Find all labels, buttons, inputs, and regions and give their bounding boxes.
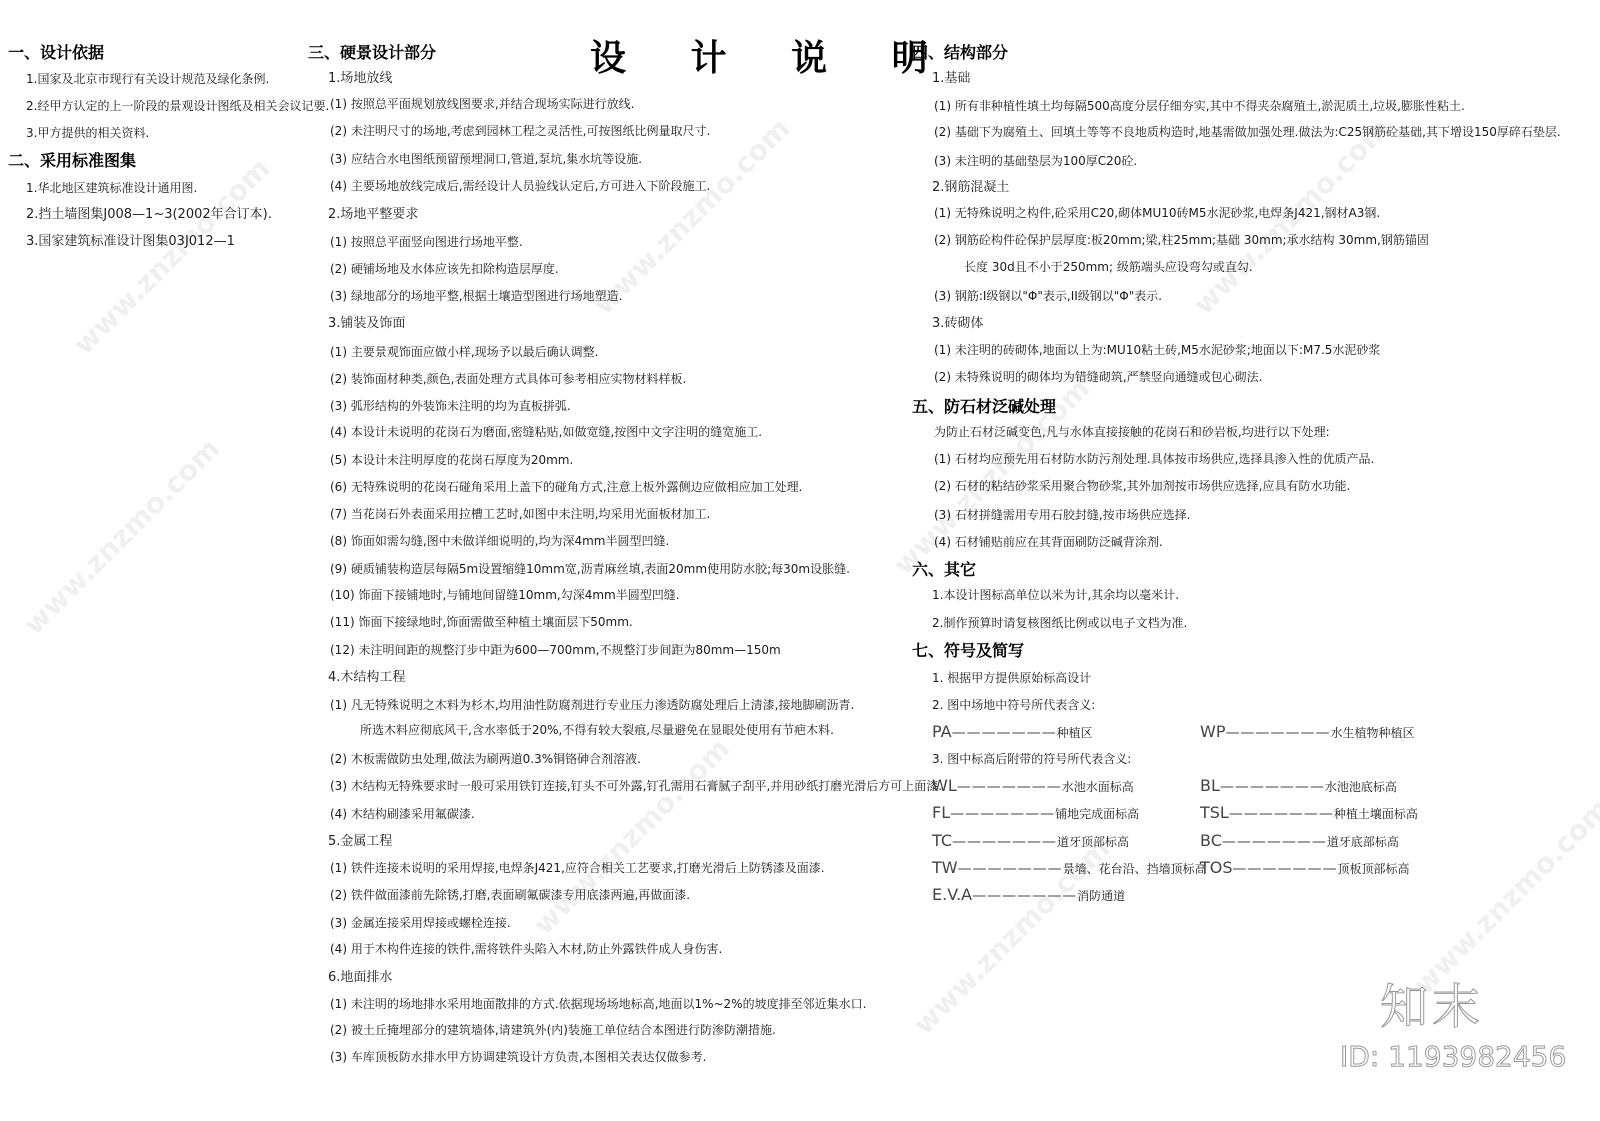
list-item: (11) 饰面下接绿地时,饰面需做至种植土壤面层下50mm. xyxy=(330,614,633,630)
list-item: (3) 车库顶板防水排水甲方协调建筑设计方负责,本图相关表达仅做参考. xyxy=(330,1049,706,1065)
list-item: (3) 未注明的基础垫层为100厚C20砼. xyxy=(934,153,1137,169)
symbol-code: TW xyxy=(932,858,958,877)
section-heading: 四、结构部分 xyxy=(912,43,1008,63)
intro-text: 为防止石材泛碱变色,凡与水体直接接触的花岗石和砂岩板,均进行以下处理: xyxy=(934,424,1330,440)
symbol-code: WP xyxy=(1200,722,1225,741)
list-item: (3) 木结构无特殊要求时一般可采用铁钉连接,钉头不可外露,钉孔需用石膏腻子刮平… xyxy=(330,778,942,794)
list-item: (1) 铁件连接未说明的采用焊接,电焊条J421,应符合相关工艺要求,打磨光滑后… xyxy=(330,860,825,876)
symbol-row: TC———————道牙顶部标高 xyxy=(932,831,1129,850)
list-item: (2) 石材的粘结砂浆采用聚合物砂浆,其外加剂按市场供应选择,应具有防水功能. xyxy=(934,478,1350,494)
symbol-row: PA———————种植区 xyxy=(932,722,1093,741)
symbol-code: BL xyxy=(1200,776,1220,795)
dash-leader: ——————— xyxy=(1229,806,1334,822)
symbol-meaning: 消防通道 xyxy=(1077,889,1125,903)
list-item: (2) 基础下为腐殖土、回填土等等不良地质构造时,地基需做加强处理.做法为:C2… xyxy=(934,124,1561,140)
symbol-code: BC xyxy=(1200,831,1222,850)
list-item: (1) 未注明的砖砌体,地面以上为:MU10粘土砖,M5水泥砂浆;地面以下:M7… xyxy=(934,342,1380,358)
list-item: (4) 用于木构件连接的铁件,需将铁件头陷入木材,防止外露铁件成人身伤害. xyxy=(330,941,722,957)
subsection-title: 3.铺装及饰面 xyxy=(328,315,405,333)
symbol-meaning: 种植区 xyxy=(1057,726,1093,740)
list-item: 1.华北地区建筑标准设计通用图. xyxy=(26,180,197,196)
symbol-row: WP———————水生植物种植区 xyxy=(1200,722,1414,741)
subsection-title: 4.木结构工程 xyxy=(328,669,405,687)
symbol-code: TOS xyxy=(1200,858,1233,877)
list-item: 所选木料应彻底风干,含水率低于20%,不得有较大裂痕,尽量避免在显眼处使用有节疤… xyxy=(360,722,834,738)
symbol-meaning: 顶板顶部标高 xyxy=(1338,862,1410,876)
list-item: 1.国家及北京市现行有关设计规范及绿化条例. xyxy=(26,71,269,87)
symbol-meaning: 道牙底部标高 xyxy=(1327,835,1399,849)
list-item: (6) 无特殊说明的花岗石碰角采用上盖下的碰角方式,注意上板外露侧边应做相应加工… xyxy=(330,479,802,495)
section-heading: 三、硬景设计部分 xyxy=(308,43,436,63)
list-item: 1.本设计图标高单位以米为计,其余均以毫米计. xyxy=(932,587,1179,603)
symbol-meaning: 水池池底标高 xyxy=(1325,780,1397,794)
dash-leader: ——————— xyxy=(1233,861,1338,877)
list-item: (2) 未注明尺寸的场地,考虑到园林工程之灵活性,可按图纸比例量取尺寸. xyxy=(330,123,710,139)
list-item: (1) 无特殊说明之构件,砼采用C20,砌体MU10砖M5水泥砂浆,电焊条J42… xyxy=(934,205,1380,221)
dash-leader: ——————— xyxy=(950,806,1055,822)
list-item: (3) 石材拼缝需用专用石胶封缝,按市场供应选择. xyxy=(934,507,1190,523)
symbol-meaning: 道牙顶部标高 xyxy=(1057,835,1129,849)
dash-leader: ——————— xyxy=(952,834,1057,850)
symbol-row: BL———————水池池底标高 xyxy=(1200,776,1397,795)
list-item: 2.经甲方认定的上一阶段的景观设计图纸及相关会议记要. xyxy=(26,98,329,114)
list-item: 2. 图中场地中符号所代表含义: xyxy=(932,697,1095,713)
symbol-code: PA xyxy=(932,722,952,741)
list-item: (3) 绿地部分的场地平整,根据土壤造型图进行场地塑造. xyxy=(330,288,622,304)
subsection-title: 5.金属工程 xyxy=(328,833,392,851)
list-item: (2) 硬铺场地及水体应该先扣除构造层厚度. xyxy=(330,261,559,277)
list-item: (7) 当花岗石外表面采用拉槽工艺时,如图中未注明,均采用光面板材加工. xyxy=(330,506,710,522)
dash-leader: ——————— xyxy=(952,725,1057,741)
list-item: (10) 饰面下接铺地时,与铺地间留缝10mm,勾深4mm半圆型凹缝. xyxy=(330,587,680,603)
section-heading: 一、设计依据 xyxy=(8,43,104,63)
subsection-title: 1.基础 xyxy=(932,70,970,88)
list-item: 3.甲方提供的相关资料. xyxy=(26,125,149,141)
symbol-row: TW———————景墙、花台沿、挡墙顶标高 xyxy=(932,858,1207,877)
symbol-row: FL———————铺地完成面标高 xyxy=(932,803,1139,822)
symbol-code: TSL xyxy=(1200,803,1229,822)
list-item: 3. 图中标高后附带的符号所代表含义: xyxy=(932,751,1131,767)
symbol-row: E.V.A———————消防通道 xyxy=(932,885,1125,904)
symbol-row: TOS———————顶板顶部标高 xyxy=(1200,858,1410,877)
page-title: 设 计 说 明 xyxy=(590,30,954,81)
list-item: (3) 钢筋:I级钢以"Φ"表示,II级钢以"Φ"表示. xyxy=(934,288,1162,304)
dash-leader: ——————— xyxy=(1225,725,1330,741)
list-item: (9) 硬质铺装构造层每隔5m设置缩缝10mm宽,沥青麻丝填,表面20mm使用防… xyxy=(330,561,850,577)
section-heading: 五、防石材泛碱处理 xyxy=(912,397,1056,417)
list-item: 长度 30d且不小于250mm; 级筋端头应设弯勾或直勾. xyxy=(964,259,1253,275)
dash-leader: ——————— xyxy=(957,779,1062,795)
symbol-row: WL———————水池水面标高 xyxy=(932,776,1134,795)
list-item: (2) 未特殊说明的砌体均为错缝砌筑,严禁竖向通缝或包心砌法. xyxy=(934,369,1262,385)
list-item: (2) 木板需做防虫处理,做法为刷两道0.3%铜铬砷合剂溶液. xyxy=(330,751,641,767)
list-item: (2) 装饰面材种类,颜色,表面处理方式具体可参考相应实物材料样板. xyxy=(330,371,686,387)
brand-logo: 知末 xyxy=(1380,968,1484,1037)
symbol-code: WL xyxy=(932,776,957,795)
list-item: (4) 石材铺贴前应在其背面刷防泛碱背涂剂. xyxy=(934,534,1163,550)
list-item: 3.国家建筑标准设计图集03J012—1 xyxy=(26,233,235,251)
symbol-code: TC xyxy=(932,831,952,850)
subsection-title: 2.钢筋混凝土 xyxy=(932,179,1009,197)
section-heading: 七、符号及简写 xyxy=(912,641,1024,661)
symbol-code: E.V.A xyxy=(932,885,972,904)
list-item: (3) 弧形结构的外装饰未注明的均为直板拼弧. xyxy=(330,398,571,414)
list-item: (1) 按照总平面规划放线图要求,并结合现场实际进行放线. xyxy=(330,96,634,112)
list-item: 2.制作预算时请复核图纸比例或以电子文档为准. xyxy=(932,615,1187,631)
list-item: (8) 饰面如需勾缝,图中未做详细说明的,均为深4mm半圆型凹缝. xyxy=(330,533,669,549)
list-item: (2) 铁件做面漆前先除锈,打磨,表面刷氟碳漆专用底漆两遍,再做面漆. xyxy=(330,887,690,903)
list-item: (2) 被土丘掩埋部分的建筑墙体,请建筑外(内)装施工单位结合本图进行防渗防潮措… xyxy=(330,1022,776,1038)
subsection-title: 3.砖砌体 xyxy=(932,315,983,333)
symbol-code: FL xyxy=(932,803,950,822)
list-item: (1) 石材均应预先用石材防水防污剂处理.具体按市场供应,选择具渗入性的优质产品… xyxy=(934,451,1374,467)
list-item: (3) 应结合水电图纸预留预埋洞口,管道,泵坑,集水坑等设施. xyxy=(330,151,642,167)
symbol-meaning: 种植土壤面标高 xyxy=(1334,807,1418,821)
symbol-meaning: 水池水面标高 xyxy=(1062,780,1134,794)
list-item: (1) 主要景观饰面应做小样,现场予以最后确认调整. xyxy=(330,344,598,360)
symbol-meaning: 水生植物种植区 xyxy=(1330,726,1414,740)
list-item: (5) 本设计未注明厚度的花岗石厚度为20mm. xyxy=(330,452,573,468)
subsection-title: 6.地面排水 xyxy=(328,969,392,987)
list-item: (3) 金属连接采用焊接或螺栓连接. xyxy=(330,915,511,931)
symbol-meaning: 景墙、花台沿、挡墙顶标高 xyxy=(1063,862,1207,876)
symbol-row: TSL———————种植土壤面标高 xyxy=(1200,803,1418,822)
dash-leader: ——————— xyxy=(1220,779,1325,795)
list-item: (1) 凡无特殊说明之木料为杉木,均用油性防腐剂进行专业压力渗透防腐处理后上清漆… xyxy=(330,697,854,713)
section-heading: 六、其它 xyxy=(912,560,976,580)
list-item: (4) 本设计未说明的花岗石为磨面,密缝粘贴,如做宽缝,按图中文字注明的缝宽施工… xyxy=(330,424,762,440)
list-item: (1) 未注明的场地排水采用地面散排的方式.依据现场场地标高,地面以1%~2%的… xyxy=(330,996,866,1012)
watermark-text: www.znzmo.com xyxy=(17,432,226,641)
section-heading: 二、采用标准图集 xyxy=(8,151,136,171)
list-item: (1) 按照总平面竖向图进行场地平整. xyxy=(330,234,523,250)
dash-leader: ——————— xyxy=(1222,834,1327,850)
list-item: 1. 根据甲方提供原始标高设计 xyxy=(932,670,1091,686)
dash-leader: ——————— xyxy=(958,861,1063,877)
subsection-title: 2.场地平整要求 xyxy=(328,206,418,224)
asset-id: ID: 1193982456 xyxy=(1340,1040,1566,1073)
list-item: (4) 主要场地放线完成后,需经设计人员验线认定后,方可进入下阶段施工. xyxy=(330,178,710,194)
list-item: (12) 未注明间距的规整汀步中距为600—700mm,不规整汀步间距为80mm… xyxy=(330,642,781,658)
symbol-row: BC———————道牙底部标高 xyxy=(1200,831,1399,850)
list-item: (2) 钢筋砼构件砼保护层厚度:板20mm;梁,柱25mm;基础 30mm;承水… xyxy=(934,232,1429,248)
symbol-meaning: 铺地完成面标高 xyxy=(1055,807,1139,821)
list-item: (4) 木结构刷漆采用氟碳漆. xyxy=(330,806,475,822)
list-item: (1) 所有非种植性填土均每隔500高度分层仔细夯实,其中不得夹杂腐殖土,淤泥质… xyxy=(934,98,1465,114)
dash-leader: ——————— xyxy=(972,888,1077,904)
list-item: 2.挡土墙图集J008—1~3(2002年合订本). xyxy=(26,206,272,224)
subsection-title: 1.场地放线 xyxy=(328,70,392,88)
